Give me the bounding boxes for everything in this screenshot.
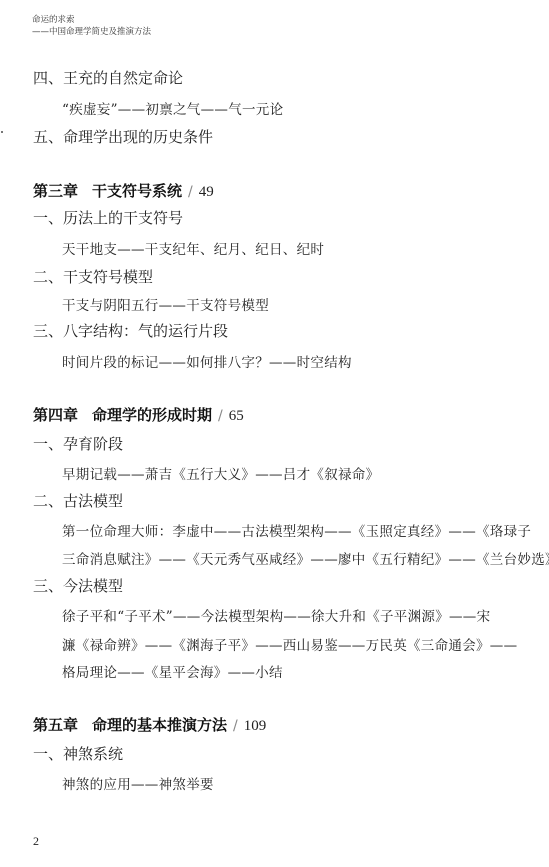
toc-section: 一、神煞系统 — [33, 743, 123, 764]
toc-subsection: 三命消息赋注》——《天元秀气巫咸经》——廖中《五行精纪》——《兰台妙选》 — [62, 548, 549, 568]
chapter-page: 65 — [229, 408, 244, 424]
toc-section: 三、今法模型 — [33, 575, 123, 596]
toc-chapter-3: 第三章干支符号系统/49 — [33, 180, 214, 201]
toc-subsection: 神煞的应用——神煞举要 — [62, 773, 214, 793]
toc-section: 一、历法上的干支符号 — [33, 207, 183, 228]
toc-subsection: 徐子平和“子平术”——今法模型架构——徐大升和《子平渊源》——宋 — [62, 605, 490, 625]
separator: / — [218, 408, 223, 424]
chapter-page: 109 — [244, 718, 267, 734]
toc-subsection: 格局理论——《星平会海》——小结 — [62, 661, 283, 681]
separator: / — [188, 184, 193, 200]
chapter-label: 第五章 — [33, 716, 78, 734]
toc-subsection: 濂《禄命辨》——《渊海子平》——西山易鉴——万民英《三命通会》—— — [62, 634, 517, 654]
toc-section: 三、八字结构：气的运行片段 — [33, 320, 228, 341]
toc-subsection: 时间片段的标记——如何排八字？——时空结构 — [62, 351, 352, 371]
running-head-subtitle: ——中国命理学简史及推演方法 — [32, 26, 151, 38]
chapter-title: 命理学的形成时期 — [92, 406, 212, 424]
chapter-label: 第四章 — [33, 406, 78, 424]
separator: / — [233, 718, 238, 734]
toc-subsection: 干支与阴阳五行——干支符号模型 — [62, 294, 269, 314]
chapter-title: 命理的基本推演方法 — [92, 716, 227, 734]
toc-subsection: 天干地支——干支纪年、纪月、纪日、纪时 — [62, 238, 324, 258]
running-head-title: 命运的求索 — [32, 14, 151, 26]
toc-subsection: 早期记载——萧吉《五行大义》——吕才《叙禄命》 — [62, 463, 379, 483]
toc-subsection: “疾虚妄”——初禀之气——气一元论 — [62, 98, 283, 118]
running-head: 命运的求索 ——中国命理学简史及推演方法 — [32, 14, 151, 38]
toc-section: 五、命理学出现的历史条件 — [33, 126, 213, 147]
chapter-title: 干支符号系统 — [92, 182, 182, 200]
chapter-page: 49 — [199, 184, 214, 200]
toc-section: 一、孕育阶段 — [33, 433, 123, 454]
toc-section: 四、王充的自然定命论 — [33, 67, 183, 88]
toc-chapter-5: 第五章命理的基本推演方法/109 — [33, 714, 266, 735]
chapter-label: 第三章 — [33, 182, 78, 200]
page-number: 2 — [33, 834, 39, 849]
toc-subsection: 第一位命理大师：李虚中——古法模型架构——《玉照定真经》——《珞琭子 — [62, 520, 531, 540]
toc-section: 二、古法模型 — [33, 490, 123, 511]
toc-chapter-4: 第四章命理学的形成时期/65 — [33, 404, 244, 425]
toc-section: 二、干支符号模型 — [33, 266, 153, 287]
margin-mark — [1, 131, 3, 133]
